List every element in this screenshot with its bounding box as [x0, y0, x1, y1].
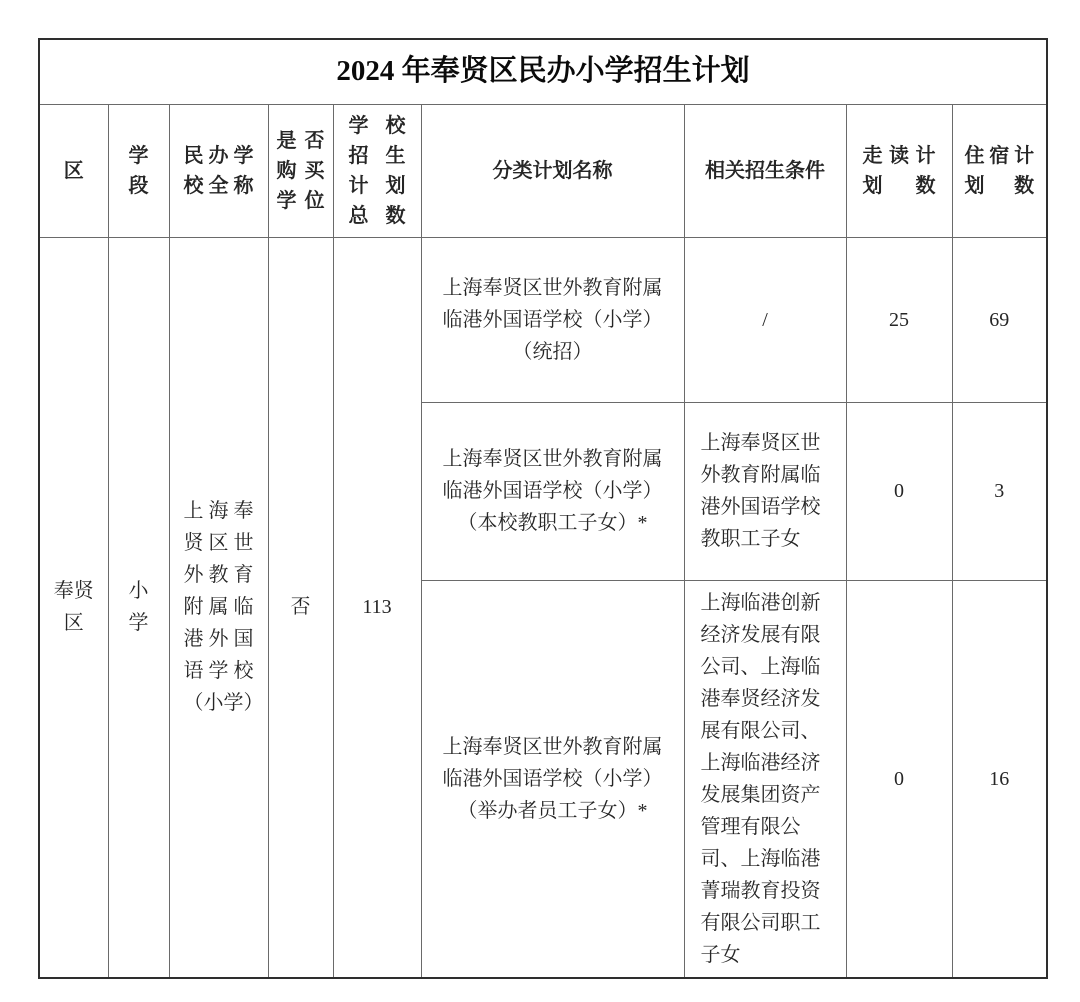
header-day-plan: 走读计划数 [846, 104, 952, 237]
cell-day-plan: 25 [846, 237, 952, 402]
cell-total-plan: 113 [333, 237, 421, 978]
cell-condition: / [684, 237, 846, 402]
header-condition: 相关招生条件 [684, 104, 846, 237]
header-boarding-plan: 住宿计划数 [952, 104, 1047, 237]
cell-stage: 小学 [108, 237, 169, 978]
table-title: 2024 年奉贤区民办小学招生计划 [39, 39, 1047, 104]
header-row: 区 学段 民办学校全称 是否购买学位 学校招生计划总数 分类计划名称 相关招生条… [39, 104, 1047, 237]
table-row: 奉贤区 小学 上海奉贤区世外教育附属临港外国语学校（小学） 否 113 上海奉贤… [39, 237, 1047, 402]
cell-day-plan: 0 [846, 402, 952, 580]
document-page: 2024 年奉贤区民办小学招生计划 区 学段 民办学校全称 是否购买学位 学校招… [0, 0, 1080, 1002]
header-stage: 学段 [108, 104, 169, 237]
cell-plan-name: 上海奉贤区世外教育附属临港外国语学校（小学）（统招） [421, 237, 684, 402]
cell-plan-name: 上海奉贤区世外教育附属临港外国语学校（小学）（本校教职工子女）* [421, 402, 684, 580]
cell-district: 奉贤区 [39, 237, 108, 978]
cell-boarding-plan: 16 [952, 580, 1047, 978]
enrollment-plan-table: 2024 年奉贤区民办小学招生计划 区 学段 民办学校全称 是否购买学位 学校招… [38, 38, 1048, 979]
header-plan-name: 分类计划名称 [421, 104, 684, 237]
title-row: 2024 年奉贤区民办小学招生计划 [39, 39, 1047, 104]
cell-boarding-plan: 69 [952, 237, 1047, 402]
header-school-name: 民办学校全称 [169, 104, 268, 237]
cell-purchased-seats: 否 [268, 237, 333, 978]
cell-condition: 上海奉贤区世外教育附属临港外国语学校教职工子女 [684, 402, 846, 580]
cell-plan-name: 上海奉贤区世外教育附属临港外国语学校（小学）（举办者员工子女）* [421, 580, 684, 978]
cell-condition: 上海临港创新经济发展有限公司、上海临港奉贤经济发展有限公司、上海临港经济发展集团… [684, 580, 846, 978]
header-total-plan: 学校招生计划总数 [333, 104, 421, 237]
cell-boarding-plan: 3 [952, 402, 1047, 580]
cell-school-name: 上海奉贤区世外教育附属临港外国语学校（小学） [169, 237, 268, 978]
cell-day-plan: 0 [846, 580, 952, 978]
header-district: 区 [39, 104, 108, 237]
header-purchased-seats: 是否购买学位 [268, 104, 333, 237]
